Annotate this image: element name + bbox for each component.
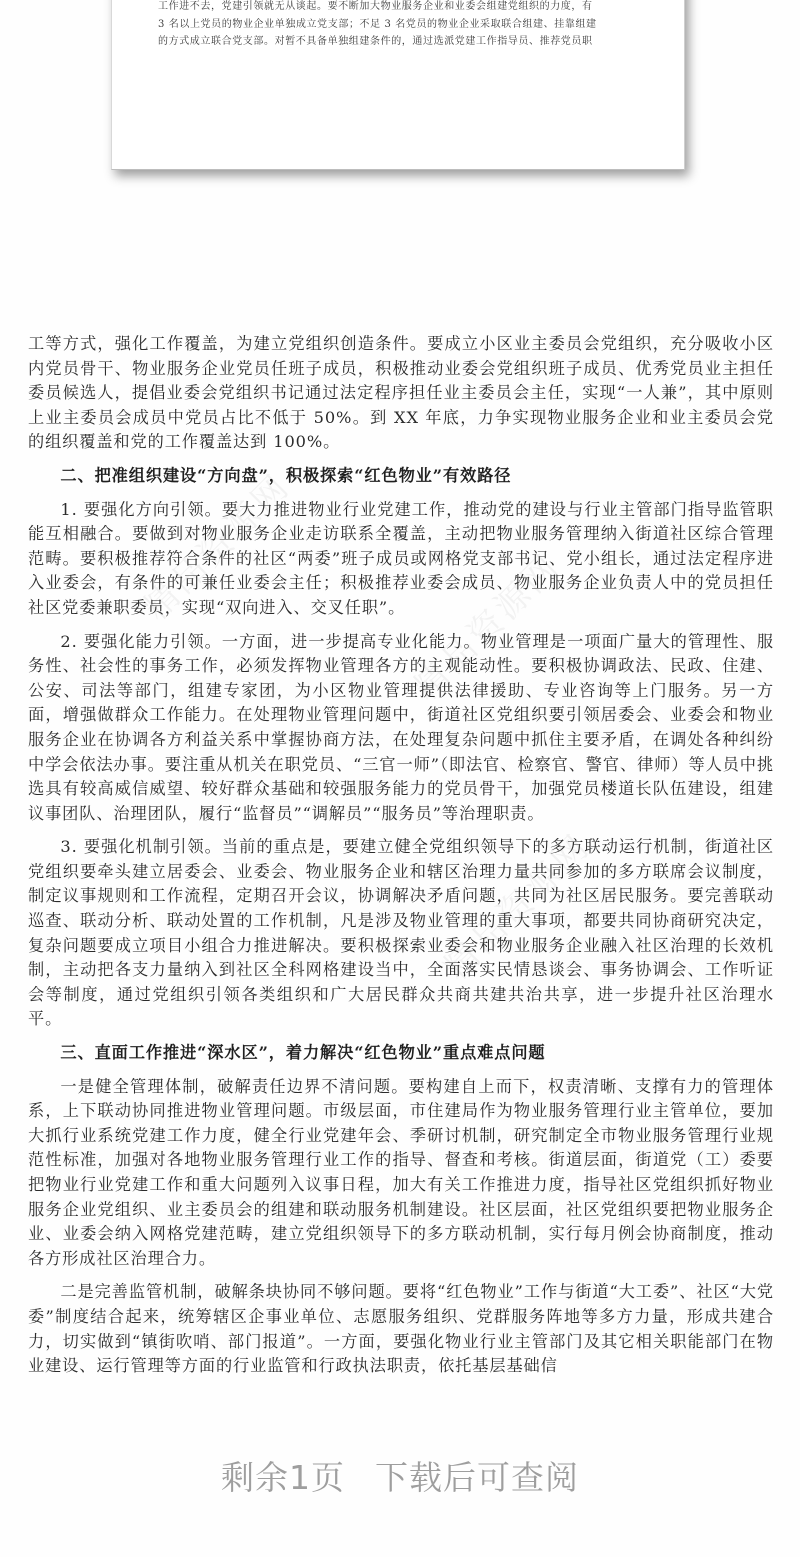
remaining-pages-label: 剩余1页 bbox=[221, 1458, 345, 1497]
preview-line: 3 名以上党员的物业企业单独成立党支部；不足 3 名党员的物业企业采取联合组建、… bbox=[158, 16, 646, 34]
preview-line: 工作进不去，党建引领就无从谈起。要不断加大物业服务企业和业委会组建党组织的力度，… bbox=[158, 0, 646, 16]
document-body: 工等方式，强化工作覆盖，为建立党组织创造条件。要成立小区业主委员会党组织，充分吸… bbox=[28, 332, 774, 1388]
paragraph-mechanism-guidance: 3. 要强化机制引领。当前的重点是，要建立健全党组织领导下的多方联动运行机制，街… bbox=[28, 835, 774, 1032]
preview-line: 的方式成立联合党支部。对暂不具备单独组建条件的，通过选派党建工作指导员、推荐党员… bbox=[158, 33, 646, 51]
paragraph-supervision-mechanism: 二是完善监管机制，破解条块协同不够问题。要将“红色物业”工作与街道“大工委”、社… bbox=[28, 1280, 774, 1378]
preview-page-text: 工作进不去，党建引领就无从谈起。要不断加大物业服务企业和业委会组建党组织的力度，… bbox=[158, 0, 646, 51]
paragraph-capability-guidance: 2. 要强化能力引领。一方面，进一步提高专业化能力。物业管理是一项面广量大的管理… bbox=[28, 630, 774, 827]
download-hint-label: 下载后可查阅 bbox=[375, 1458, 579, 1497]
paragraph-management-system: 一是健全管理体制，破解责任边界不清问题。要构建自上而下，权责清晰、支撑有力的管理… bbox=[28, 1075, 774, 1272]
paragraph-continuation: 工等方式，强化工作覆盖，为建立党组织创造条件。要成立小区业主委员会党组织，充分吸… bbox=[28, 332, 774, 455]
paragraph-direction-guidance: 1. 要强化方向引领。要大力推进物业行业党建工作，推动党的建设与行业主管部门指导… bbox=[28, 498, 774, 621]
preview-page-card: 工作进不去，党建引领就无从谈起。要不断加大物业服务企业和业委会组建党组织的力度，… bbox=[111, 0, 685, 170]
remaining-pages-notice[interactable]: 剩余1页下载后可查阅 bbox=[0, 1452, 800, 1499]
section-heading-2: 二、把准组织建设“方向盘”，积极探索“红色物业”有效路径 bbox=[28, 464, 774, 489]
section-heading-3: 三、直面工作推进“深水区”，着力解决“红色物业”重点难点问题 bbox=[28, 1041, 774, 1066]
